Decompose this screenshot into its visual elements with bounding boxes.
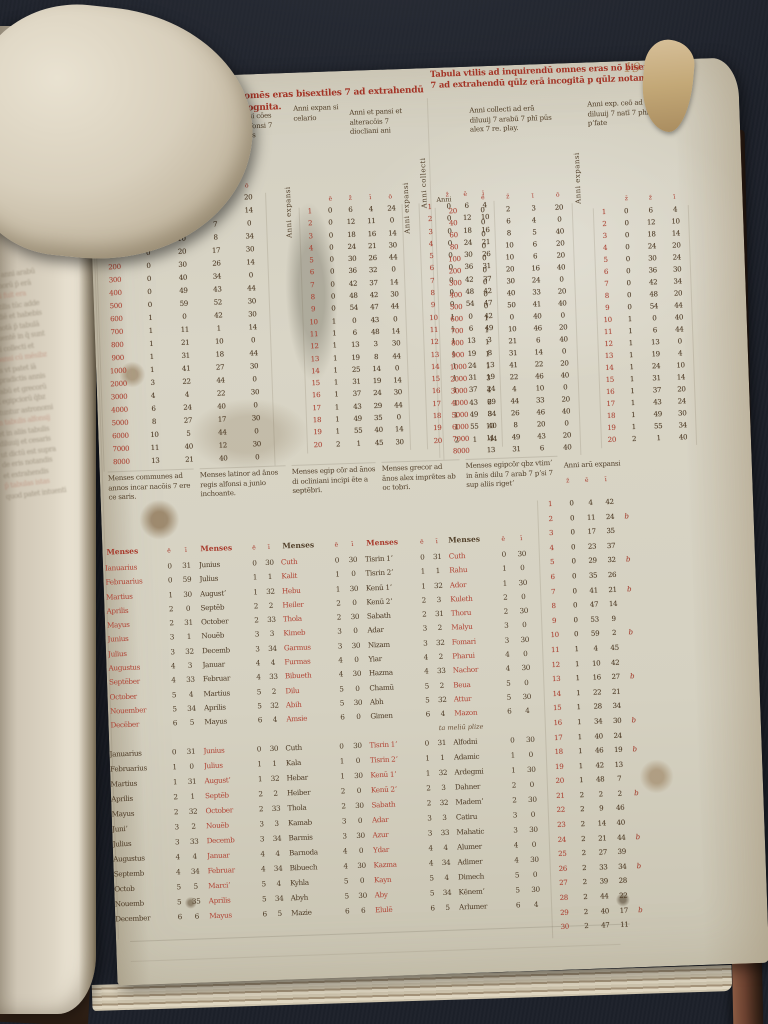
value-cell: 5 [508, 870, 527, 886]
value-cell: 25 [346, 365, 367, 378]
value-cell: 47 [584, 600, 603, 615]
value-cell: 21 [607, 687, 626, 702]
value-cell: 2 [604, 629, 623, 644]
value-cell: 24 [341, 242, 362, 255]
row-index: 18 [307, 416, 327, 429]
value-cell: 33 [434, 666, 449, 681]
rotated-label-anni-collecti-right: Anni collecti [419, 152, 429, 214]
value-cell: 4 [663, 205, 688, 218]
value-cell: 1 [252, 759, 268, 775]
value-cell: 5 [252, 701, 267, 716]
row-index: 20 [602, 436, 622, 449]
value-cell: 31 [180, 618, 197, 633]
row-index: 700 [100, 327, 134, 341]
subcolumn-glyph: ī [512, 535, 530, 543]
value-cell: 44 [205, 428, 239, 442]
value-cell: 37 [363, 279, 384, 292]
value-cell: 1 [135, 365, 169, 379]
month-name: Cuth [285, 742, 333, 759]
months-persian-bisextile: Alfodni030Adamic10Ardegmi130Dahner20Made… [453, 735, 545, 918]
value-cell: 5 [251, 687, 266, 702]
value-cell: 3 [417, 624, 432, 639]
menses-label: Menses [200, 543, 232, 553]
month-name: Fomari [452, 636, 498, 652]
row-index: 8000 [104, 457, 138, 471]
value-cell: 1 [252, 774, 268, 790]
value-cell: 33 [437, 828, 453, 844]
value-cell: 21 [603, 585, 622, 600]
value-cell: 17 [614, 906, 633, 921]
value-cell: 42 [364, 291, 385, 304]
header-anni-expansi-3: Anni et pansi et alteracōis 7 diocliani … [349, 107, 404, 137]
header-anni-collecti-right: Anni collecti ad erā diluuij 7 arabū 7 p… [469, 104, 552, 135]
row-index: 6 [302, 268, 322, 281]
value-cell: 22 [204, 389, 238, 403]
value-cell: 30 [352, 831, 369, 847]
value-cell: 6 [476, 398, 502, 411]
value-cell: 27 [171, 416, 205, 430]
value-cell: 30 [517, 663, 535, 678]
value-cell: 2 [248, 601, 263, 616]
row-index: 17 [600, 400, 620, 413]
month-name: Decemb [206, 835, 254, 852]
row-index: 3 [595, 232, 615, 245]
month-name: Barnoda [289, 847, 337, 864]
value-cell: 30 [522, 765, 541, 781]
month-name: Adimer [457, 856, 507, 873]
row-index: 22 [549, 806, 573, 821]
value-cell: 4 [169, 852, 187, 868]
value-cell: 3 [249, 630, 264, 645]
value-cell: 1 [504, 750, 523, 766]
row-index: 10 [598, 316, 618, 329]
value-cell: 5 [419, 681, 434, 696]
row-index: 19 [547, 762, 571, 777]
value-cell: 1 [162, 590, 179, 605]
value-cell: 43 [200, 285, 234, 299]
value-cell: 1 [571, 762, 590, 777]
row-index: 23 [549, 821, 573, 836]
value-cell: 30 [523, 795, 542, 811]
value-cell: 0 [239, 427, 273, 441]
value-cell: 5 [333, 684, 349, 699]
month-name: Mazie [291, 907, 339, 924]
value-cell: 31 [500, 349, 526, 362]
value-cell: 44 [384, 302, 405, 315]
value-cell: 19 [345, 353, 366, 366]
value-cell: 3 [135, 378, 169, 392]
value-cell: 32 [435, 695, 450, 710]
row-index: 16 [600, 388, 620, 401]
value-cell: 0 [347, 626, 363, 641]
value-cell: 6 [500, 707, 518, 722]
value-cell [620, 541, 635, 556]
value-cell: 40 [204, 402, 238, 416]
value-cell: 0 [383, 266, 404, 279]
value-cell: 40 [551, 335, 577, 348]
value-cell: 3 [506, 825, 525, 841]
value-cell: 1 [474, 338, 500, 351]
value-cell: 2 [421, 798, 437, 814]
value-cell: 0 [615, 231, 640, 244]
value-cell: 35 [188, 896, 206, 912]
value-cell: 42 [606, 658, 625, 673]
value-cell: 2 [505, 795, 524, 811]
value-cell: 24 [381, 204, 402, 217]
subcolumn-glyph: ī [662, 193, 686, 201]
value-cell: 0 [566, 616, 585, 631]
value-cell: 4 [439, 873, 455, 889]
value-cell: 33 [185, 836, 203, 852]
value-cell: 0 [321, 255, 342, 268]
value-cell: 59 [178, 575, 195, 590]
month-name: Amsie [286, 713, 334, 729]
value-cell: 24 [640, 242, 665, 255]
value-cell: 0 [495, 549, 513, 564]
value-cell: 4 [527, 899, 546, 915]
value-cell: 30 [235, 310, 269, 324]
value-cell: 26 [199, 259, 233, 273]
value-cell: 48 [641, 290, 666, 303]
value-cell: 41 [584, 586, 603, 601]
row-index: 20 [308, 440, 328, 453]
month-name: Mayus [204, 716, 252, 732]
value-cell: 1 [166, 777, 184, 793]
value-cell: 1 [329, 570, 345, 585]
row-index: 5 [595, 256, 615, 269]
value-cell: 46 [611, 804, 630, 819]
row-index: 24 [550, 835, 574, 850]
value-cell: 0 [472, 266, 498, 279]
row-index: 28 [552, 893, 576, 908]
row-index: 2000 [102, 379, 136, 393]
row-index: 29 [552, 908, 576, 923]
value-cell: 0 [551, 347, 577, 360]
value-cell: 20 [528, 420, 554, 433]
value-cell: 2 [253, 789, 269, 805]
subcolumn-glyph: ē [414, 538, 429, 546]
value-cell: 1 [202, 324, 236, 338]
value-cell: 0 [526, 870, 545, 886]
value-cell: 0 [234, 271, 268, 285]
value-cell: 3 [497, 621, 515, 636]
value-cell: 30 [350, 771, 367, 787]
value-cell: 26 [362, 254, 383, 267]
value-cell: 12 [340, 218, 361, 231]
value-cell: 30 [608, 716, 627, 731]
value-cell: 32 [433, 637, 448, 652]
value-cell [627, 731, 642, 746]
value-cell: 4 [170, 390, 204, 404]
value-cell: 2 [575, 864, 594, 879]
value-cell: 29 [367, 401, 388, 414]
month-name: Aprilis [209, 895, 257, 912]
row-index: 17 [546, 733, 570, 748]
value-cell [626, 701, 641, 716]
row-index: 3000 [102, 392, 136, 406]
value-cell: 33 [266, 672, 281, 687]
value-cell: 50 [498, 301, 524, 314]
row-index: 9 [597, 304, 617, 317]
right-table-title: Tabula vtilis ad inquirendū omnes eras n… [430, 61, 677, 92]
value-cell: 5 [420, 695, 435, 710]
value-cell: 1 [619, 363, 644, 376]
value-cell: 2 [249, 615, 264, 630]
value-cell: 0 [238, 401, 272, 415]
row-index: 1 [538, 500, 562, 515]
value-cell: 2 [328, 440, 349, 453]
row-index: 1 [594, 208, 614, 221]
value-cell: 0 [165, 747, 183, 763]
value-cell: 30 [386, 339, 407, 352]
menses-label: Menses [366, 537, 398, 547]
value-cell: 0 [320, 231, 341, 244]
value-cell: 2 [576, 907, 595, 922]
value-cell: 20 [231, 193, 265, 207]
value-cell: 22 [501, 373, 527, 386]
value-cell: 20 [546, 203, 572, 216]
value-cell: 0 [471, 254, 497, 267]
value-cell: b [628, 745, 643, 760]
months-greek-syriac-bisextile: Tisrin 1ʼ031Tisrin 2ʼ11Kenū 1ʼ132Kenū 2ʼ… [369, 738, 455, 921]
value-cell: 3 [498, 635, 516, 650]
value-cell: 32 [263, 586, 278, 601]
row-index: 10 [303, 318, 323, 331]
value-cell: 18 [203, 350, 237, 364]
value-cell: 1 [133, 313, 167, 327]
value-cell: 4 [271, 879, 287, 895]
value-cell: 30 [670, 409, 695, 422]
value-cell: 3 [436, 783, 452, 799]
month-name: Februar [208, 865, 256, 882]
subcolumn-glyph: ē [160, 547, 177, 555]
value-cell: 1 [620, 387, 645, 400]
value-cell: 30 [513, 549, 531, 564]
value-cell: 30 [515, 606, 533, 621]
value-cell: 30 [354, 891, 371, 907]
value-cell: 34 [589, 717, 608, 732]
header-anni-expansi-2: Anni expan si celario [293, 103, 346, 124]
row-index: 300 [98, 276, 132, 290]
value-cell: 55 [646, 422, 671, 435]
value-cell: 1 [334, 756, 351, 772]
value-cell: 3 [336, 816, 353, 832]
value-cell: 44 [383, 253, 404, 266]
value-cell: 2 [263, 600, 278, 615]
value-cell: 1 [474, 326, 500, 339]
value-cell: 54 [642, 302, 667, 315]
value-cell: 22 [169, 377, 203, 391]
value-cell: 3 [521, 204, 547, 217]
value-cell: 31 [434, 738, 450, 754]
value-cell: 3 [437, 813, 453, 829]
row-index: 12 [304, 342, 324, 355]
month-name: Tisrin 1ʼ [369, 739, 419, 756]
value-cell: 0 [161, 575, 178, 590]
month-name: Hebar [286, 772, 334, 789]
value-cell: 14 [236, 323, 270, 337]
value-cell: 0 [167, 312, 201, 326]
value-cell: 40 [548, 263, 574, 276]
value-cell: 4 [423, 858, 439, 874]
value-cell: 34 [439, 888, 455, 904]
value-cell [625, 658, 640, 673]
value-cell: 6 [257, 909, 273, 925]
value-cell: 17 [582, 527, 601, 542]
value-cell: 1 [619, 351, 644, 364]
value-cell: 4 [333, 670, 349, 685]
value-cell: 49 [503, 433, 529, 446]
value-cell: 40 [498, 289, 524, 302]
month-name: Catiru [456, 811, 506, 828]
value-cell: 0 [516, 649, 534, 664]
value-cell: 4 [435, 709, 450, 724]
value-cell: 7 [610, 775, 629, 790]
value-cell: 20 [669, 385, 694, 398]
value-cell: 0 [616, 279, 641, 292]
value-cell: 3 [164, 647, 181, 662]
value-cell: 1 [621, 423, 646, 436]
value-cell: 0 [348, 655, 364, 670]
value-cell: 2 [505, 780, 524, 796]
value-cell: 4 [182, 689, 199, 704]
value-cell: 5 [508, 885, 527, 901]
value-cell: 27 [593, 848, 612, 863]
value-cell: 0 [132, 287, 166, 301]
value-cell: 0 [565, 586, 584, 601]
row-index: 7 [541, 587, 565, 602]
month-name: Kēnemʼ [458, 886, 508, 903]
table-anni-collecti-right: 2002320400640600854080010620100010620200… [435, 203, 582, 460]
value-cell: 9 [592, 805, 611, 820]
value-cell: 10 [477, 422, 503, 435]
subcolumn-heads: ēī [414, 538, 444, 546]
value-cell: 31 [430, 552, 445, 567]
value-cell [632, 876, 647, 891]
value-cell: 4 [586, 644, 605, 659]
value-cell: 0 [321, 243, 342, 256]
value-cell: 20 [553, 395, 579, 408]
value-cell: 26 [502, 409, 528, 422]
month-name: Arlumer [459, 901, 509, 918]
value-cell: 10 [663, 217, 688, 230]
value-cell: 1 [134, 326, 168, 340]
value-cell: 6 [252, 715, 267, 730]
value-cell: 4 [361, 205, 382, 218]
row-index: 11 [304, 330, 324, 343]
value-cell: 4 [267, 715, 282, 730]
value-cell: 1 [135, 352, 169, 366]
value-cell: 19 [367, 377, 388, 390]
month-name: Thoru [451, 607, 497, 623]
value-cell: 0 [667, 337, 692, 350]
value-cell: 11 [138, 443, 172, 457]
value-cell: 4 [498, 649, 516, 664]
value-cell: 2 [591, 790, 610, 805]
value-cell [620, 526, 635, 541]
value-cell: 1 [618, 315, 643, 328]
value-cell: 12 [639, 218, 664, 231]
value-cell: 43 [645, 398, 670, 411]
value-cell: b [621, 556, 636, 571]
value-cell: 0 [320, 218, 341, 231]
value-cell: 0 [349, 683, 365, 698]
month-name: Ydar [373, 844, 423, 861]
value-cell: 1 [475, 350, 501, 363]
value-cell: 30 [262, 558, 277, 573]
value-cell: 0 [346, 598, 362, 613]
row-index: 2 [538, 514, 562, 529]
value-cell: 5 [424, 873, 440, 889]
value-cell: 5 [499, 678, 517, 693]
row-index: 12 [544, 660, 568, 675]
month-name: Kala [286, 757, 334, 774]
value-cell: 30 [518, 692, 536, 707]
value-cell: 10 [527, 384, 553, 397]
value-cell: 30 [350, 698, 366, 713]
value-cell: 0 [517, 677, 535, 692]
value-cell: 46 [525, 324, 551, 337]
subcolumn-heads: z̄z̄ī [614, 193, 686, 203]
value-cell: 31 [432, 609, 447, 624]
value-cell: 34 [438, 858, 454, 874]
value-cell: 26 [602, 571, 621, 586]
value-cell: 4 [337, 846, 354, 862]
value-cell: 16 [361, 229, 382, 242]
value-cell: 0 [470, 230, 496, 243]
months-latin-bisextile: Januarius031Februarius10Martius131Aprili… [109, 746, 205, 929]
value-cell: 0 [236, 336, 270, 350]
value-cell: 1 [420, 753, 436, 769]
value-cell: 3 [418, 638, 433, 653]
value-cell: 4 [521, 216, 547, 229]
row-index: 26 [551, 864, 575, 879]
value-cell: 44 [667, 325, 692, 338]
subcolumn-glyph: ī [596, 476, 615, 484]
value-cell: 40 [206, 454, 240, 468]
value-cell: 34 [200, 272, 234, 286]
value-cell: 0 [471, 242, 497, 255]
row-index: 14 [545, 689, 569, 704]
value-cell: 33 [594, 863, 613, 878]
subcolumn-heads: ēī [494, 535, 530, 543]
value-cell: 6 [339, 906, 356, 922]
value-cell: 45 [605, 644, 624, 659]
value-cell: 5 [183, 718, 200, 733]
value-cell: 30 [240, 440, 274, 454]
value-cell: 20 [552, 359, 578, 372]
value-cell: 0 [353, 846, 370, 862]
value-cell: 59 [167, 299, 201, 313]
value-cell: 6 [355, 906, 372, 922]
value-cell: 32 [431, 580, 446, 595]
value-cell: 24 [523, 276, 549, 289]
value-cell: 0 [350, 756, 367, 772]
value-cell: 5 [170, 882, 188, 898]
value-cell: 1 [568, 674, 587, 689]
value-cell: 0 [323, 305, 344, 318]
value-cell: 0 [524, 810, 543, 826]
value-cell: 3 [431, 595, 446, 610]
subcolumn-glyph: ī [261, 544, 276, 552]
value-cell: 0 [547, 215, 573, 228]
value-cell: 16 [523, 264, 549, 277]
row-index: 16 [546, 718, 570, 733]
value-cell: 46 [590, 746, 609, 761]
row-index: 12 [598, 340, 618, 353]
value-cell: 22 [614, 891, 633, 906]
subcolumn-glyph: ē [328, 541, 344, 549]
